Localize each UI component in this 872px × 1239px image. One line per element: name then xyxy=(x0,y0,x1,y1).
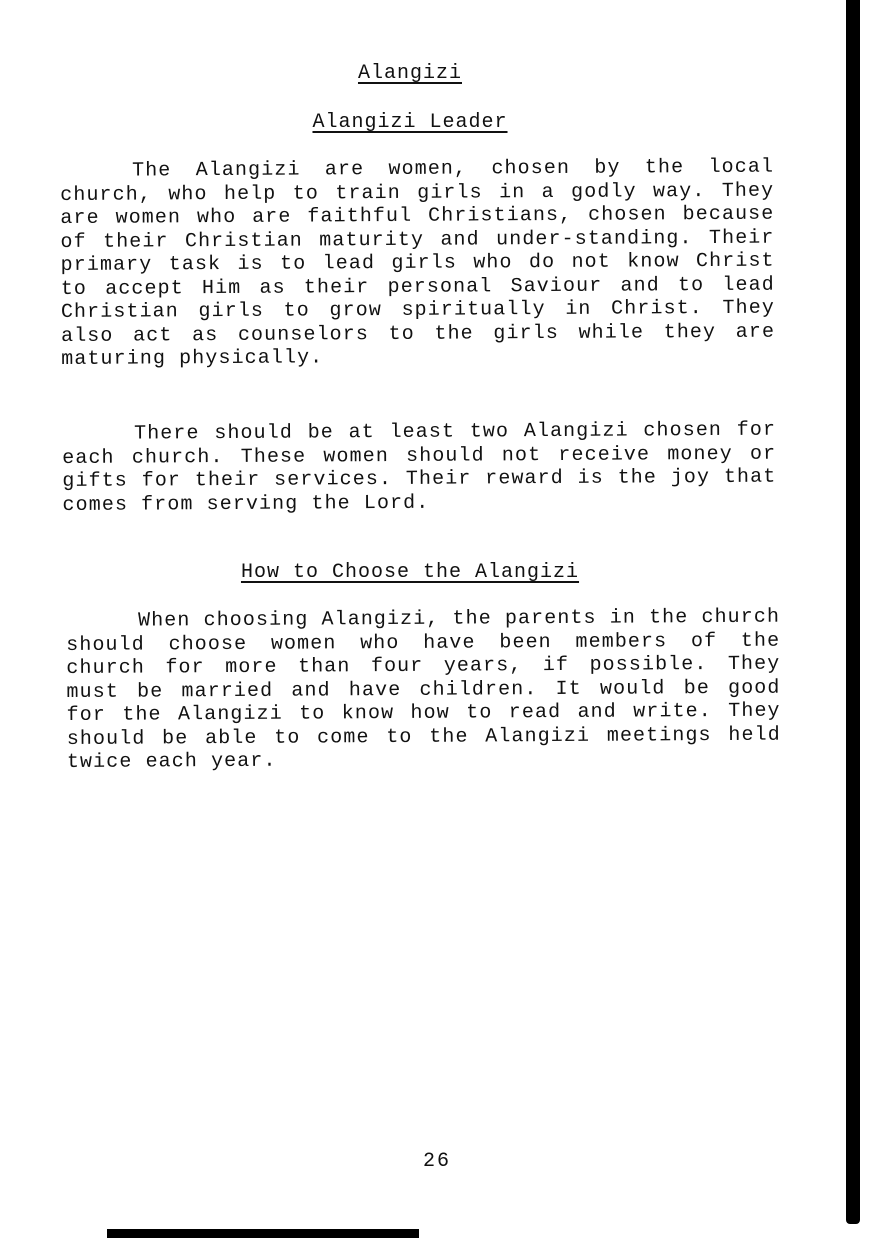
paragraph: The Alangizi are women, chosen by the lo… xyxy=(60,156,775,372)
paragraph-text: When choosing Alangizi, the parents in t… xyxy=(66,606,781,774)
paragraph-text: The Alangizi are women, chosen by the lo… xyxy=(60,156,775,371)
page-title: Alangizi xyxy=(0,62,820,85)
section-heading-alangizi-leader: Alangizi Leader xyxy=(0,111,820,134)
paragraph-text: There should be at least two Alangizi ch… xyxy=(62,419,776,517)
scan-edge-bottom xyxy=(107,1229,419,1238)
page-number: 26 xyxy=(423,1150,451,1173)
paragraph: When choosing Alangizi, the parents in t… xyxy=(66,606,781,775)
paragraph: There should be at least two Alangizi ch… xyxy=(62,419,777,517)
scan-edge-right xyxy=(846,0,860,1224)
section-heading-how-to-choose: How to Choose the Alangizi xyxy=(0,561,820,584)
